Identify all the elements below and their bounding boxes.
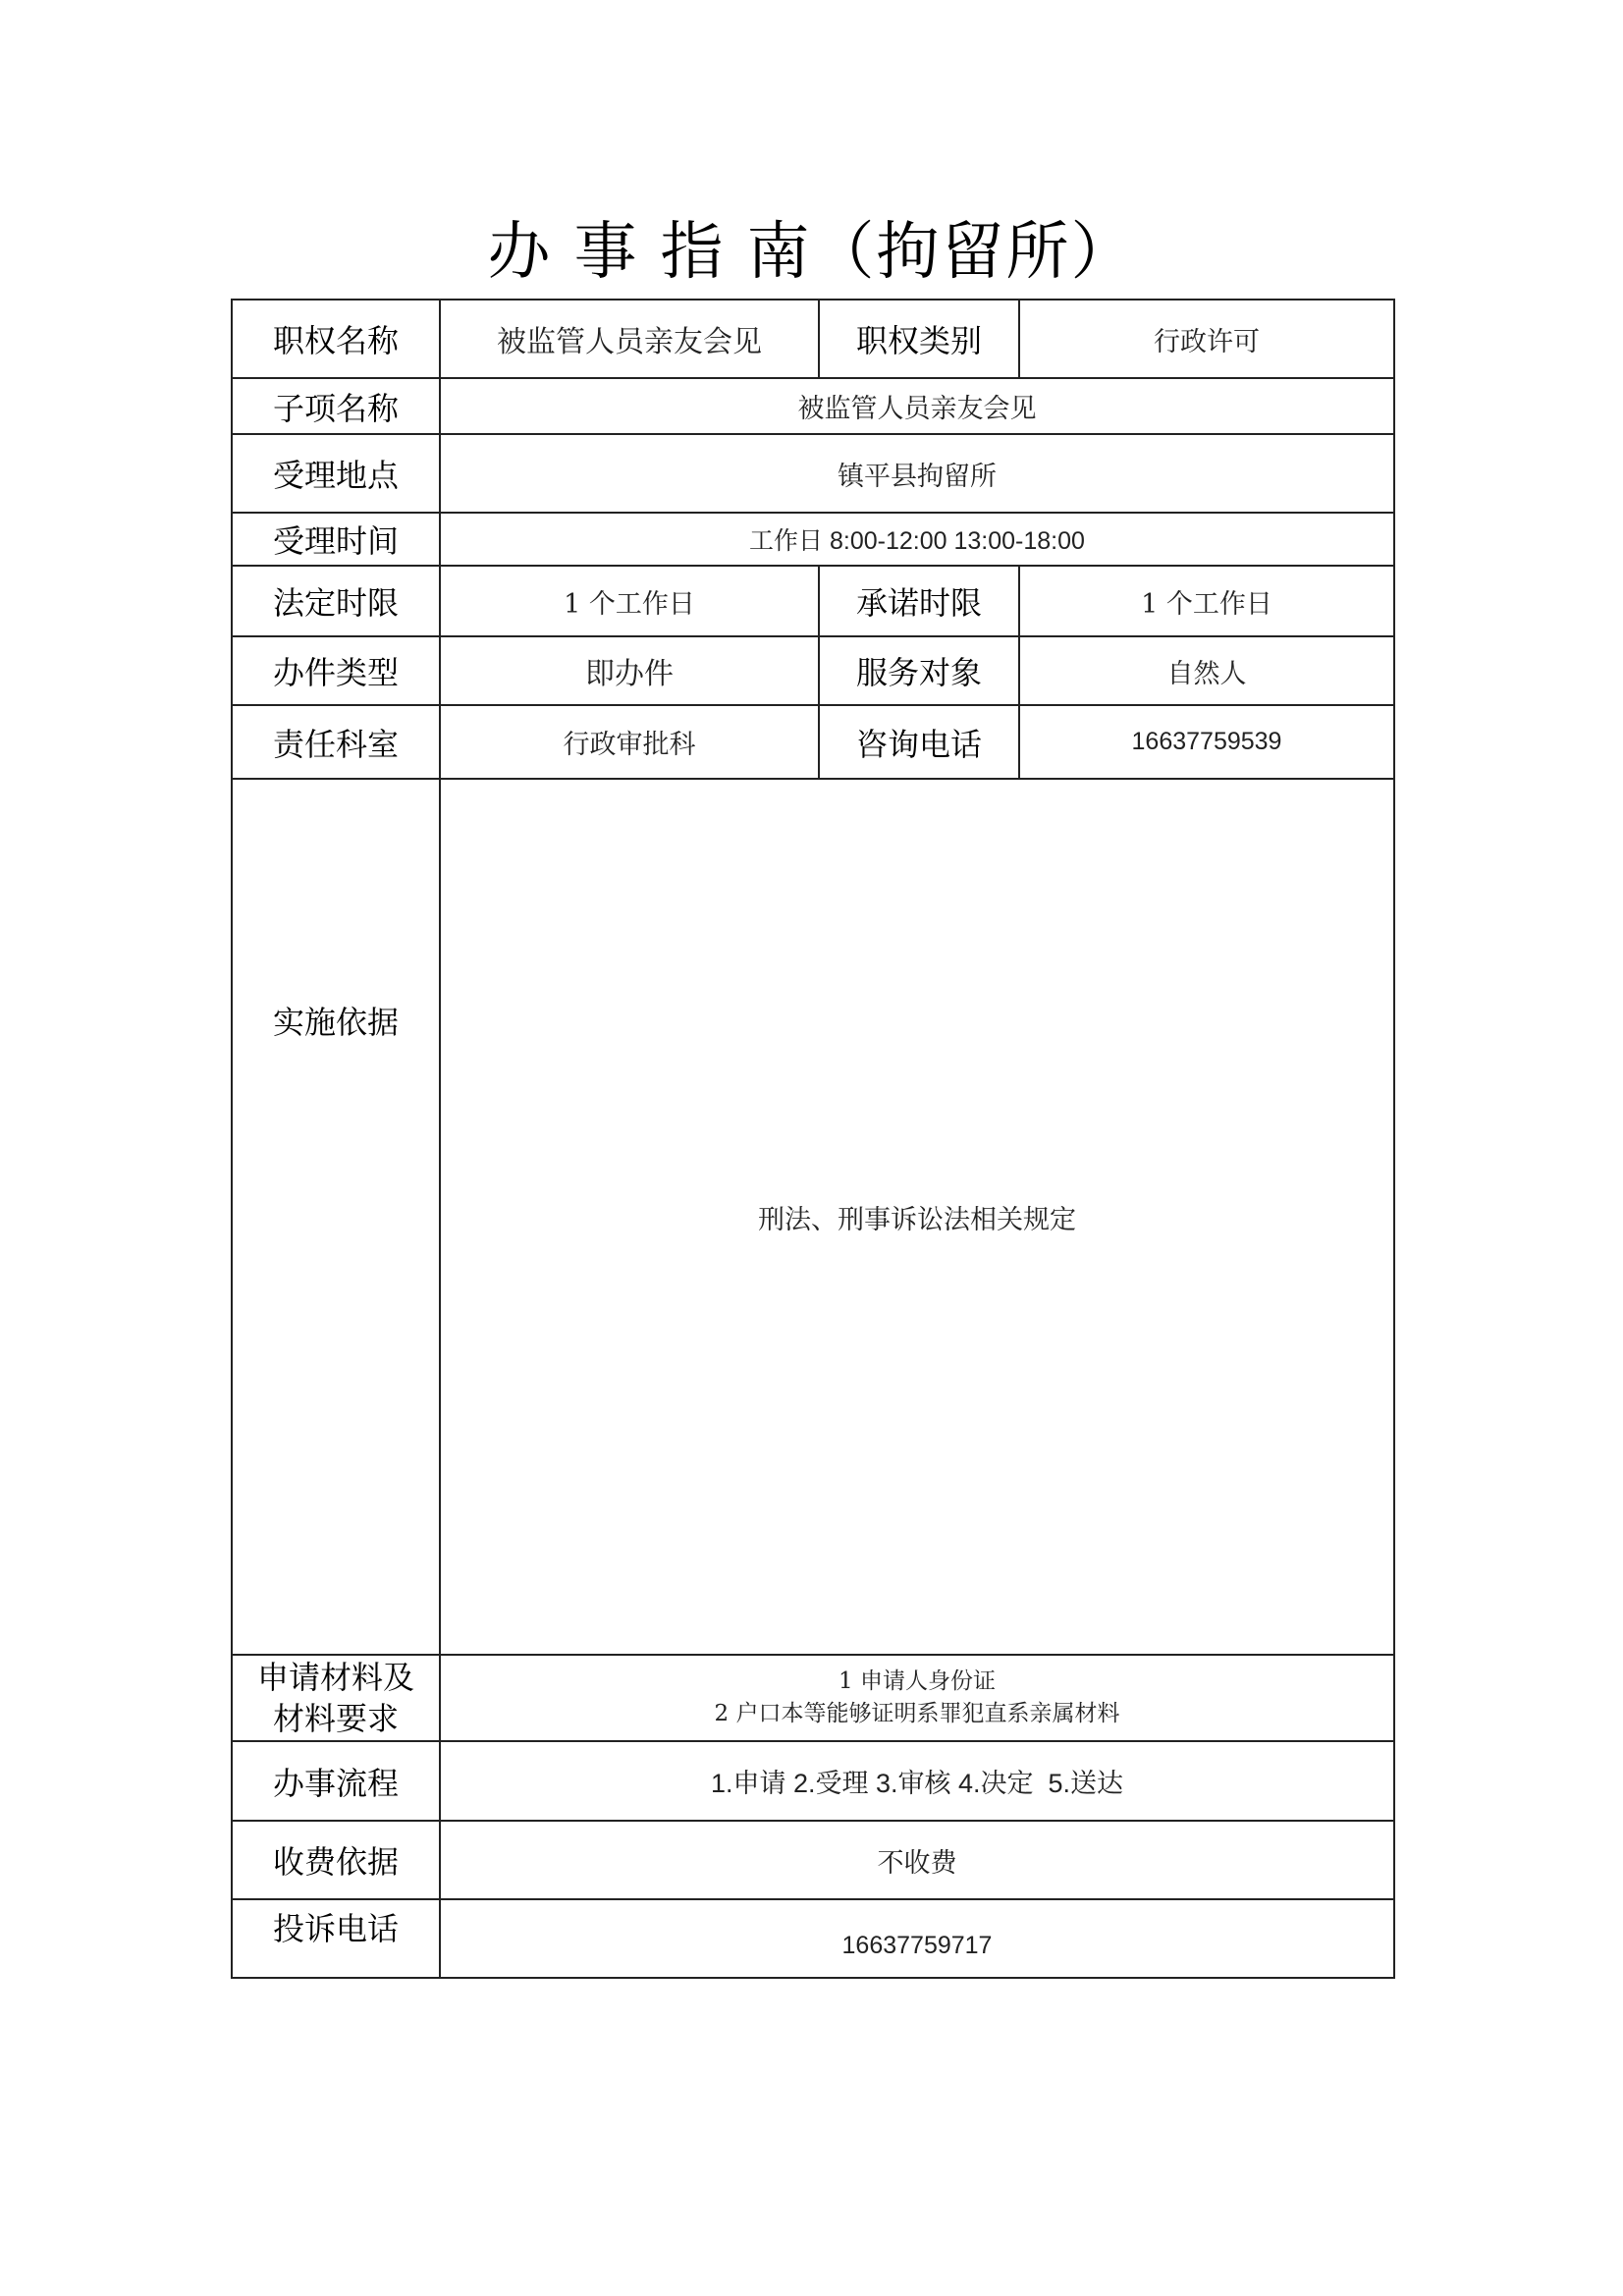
materials-item-1: 1 申请人身份证 [441, 1666, 1393, 1698]
legal-limit-value: 1 个工作日 [440, 566, 819, 636]
materials-list: 1 申请人身份证 2 户口本等能够证明系罪犯直系亲属材料 [440, 1655, 1394, 1741]
basis-value: 刑法、刑事诉讼法相关规定 [440, 779, 1394, 1655]
authority-name-label: 职权名称 [232, 300, 440, 378]
process-value: 1.申请 2.受理 3.审核 4.决定 5.送达 [440, 1741, 1394, 1821]
row-basis: 实施依据 刑法、刑事诉讼法相关规定 [232, 779, 1394, 1655]
basis-label: 实施依据 [232, 779, 440, 1655]
promised-limit-label: 承诺时限 [819, 566, 1019, 636]
process-label: 办事流程 [232, 1741, 440, 1821]
sub-item-value: 被监管人员亲友会见 [440, 378, 1394, 434]
legal-limit-label: 法定时限 [232, 566, 440, 636]
row-department: 责任科室 行政审批科 咨询电话 16637759539 [232, 705, 1394, 779]
complaint-phone-label: 投诉电话 [232, 1899, 440, 1978]
page-title: 办事指南（拘留所） [0, 201, 1623, 292]
row-fee-basis: 收费依据 不收费 [232, 1821, 1394, 1899]
consult-phone-label: 咨询电话 [819, 705, 1019, 779]
authority-type-value: 行政许可 [1019, 300, 1394, 378]
row-case-type: 办件类型 即办件 服务对象 自然人 [232, 636, 1394, 705]
row-sub-item: 子项名称 被监管人员亲友会见 [232, 378, 1394, 434]
title-char-1: 办 [488, 216, 553, 289]
row-complaint-phone: 投诉电话 16637759717 [232, 1899, 1394, 1978]
materials-label-line1: 申请材料及 [233, 1657, 439, 1698]
materials-label-line2: 材料要求 [233, 1698, 439, 1739]
row-materials: 申请材料及 材料要求 1 申请人身份证 2 户口本等能够证明系罪犯直系亲属材料 [232, 1655, 1394, 1741]
case-type-label: 办件类型 [232, 636, 440, 705]
row-time-limits: 法定时限 1 个工作日 承诺时限 1 个工作日 [232, 566, 1394, 636]
department-label: 责任科室 [232, 705, 440, 779]
row-authority: 职权名称 被监管人员亲友会见 职权类别 行政许可 [232, 300, 1394, 378]
fee-basis-label: 收费依据 [232, 1821, 440, 1899]
hours-value: 工作日 8:00-12:00 13:00-18:00 [440, 513, 1394, 566]
materials-label: 申请材料及 材料要求 [232, 1655, 440, 1741]
promised-limit-value: 1 个工作日 [1019, 566, 1394, 636]
location-value: 镇平县拘留所 [440, 434, 1394, 513]
title-char-4: 南（拘留所） [747, 216, 1136, 289]
sub-item-label: 子项名称 [232, 378, 440, 434]
title-char-2: 事 [574, 216, 639, 289]
hours-label: 受理时间 [232, 513, 440, 566]
fee-basis-value: 不收费 [440, 1821, 1394, 1899]
authority-type-label: 职权类别 [819, 300, 1019, 378]
authority-name-value: 被监管人员亲友会见 [440, 300, 819, 378]
case-type-value: 即办件 [440, 636, 819, 705]
service-target-value: 自然人 [1019, 636, 1394, 705]
consult-phone-value: 16637759539 [1019, 705, 1394, 779]
location-label: 受理地点 [232, 434, 440, 513]
row-process: 办事流程 1.申请 2.受理 3.审核 4.决定 5.送达 [232, 1741, 1394, 1821]
service-guide-table: 职权名称 被监管人员亲友会见 职权类别 行政许可 子项名称 被监管人员亲友会见 … [231, 299, 1395, 1979]
complaint-phone-value: 16637759717 [440, 1899, 1394, 1978]
row-location: 受理地点 镇平县拘留所 [232, 434, 1394, 513]
materials-item-2: 2 户口本等能够证明系罪犯直系亲属材料 [441, 1698, 1393, 1730]
department-value: 行政审批科 [440, 705, 819, 779]
service-target-label: 服务对象 [819, 636, 1019, 705]
title-char-3: 指 [661, 216, 726, 289]
row-hours: 受理时间 工作日 8:00-12:00 13:00-18:00 [232, 513, 1394, 566]
